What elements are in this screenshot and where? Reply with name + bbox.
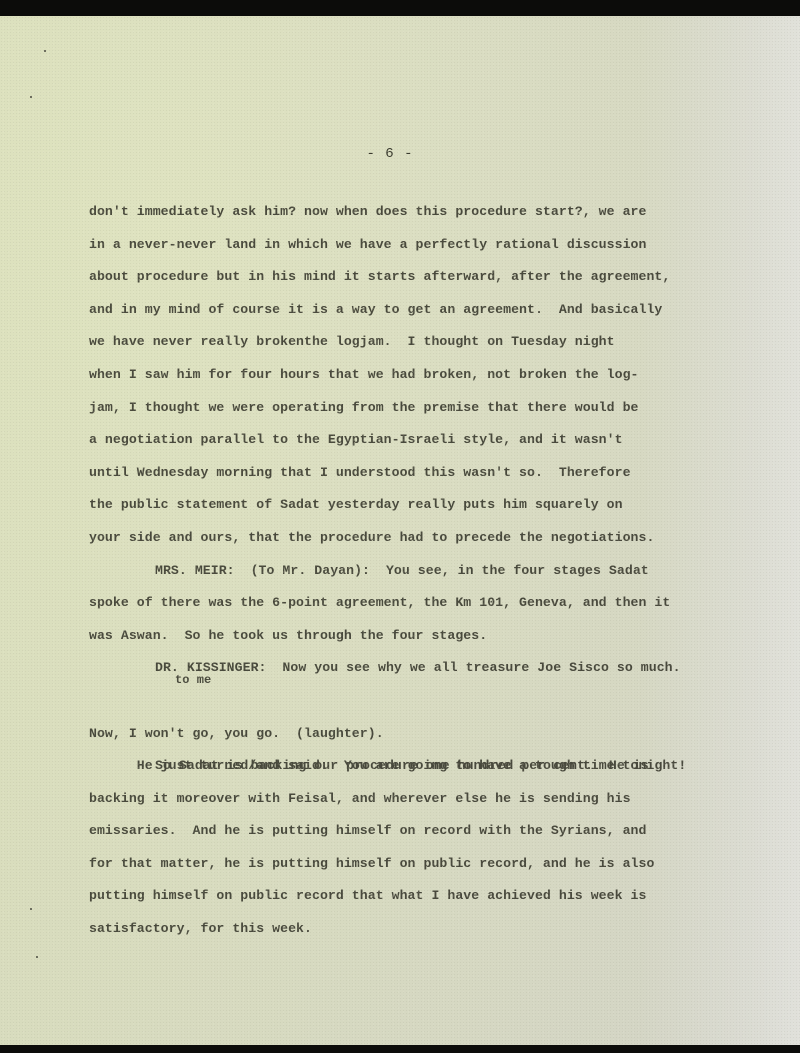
text-line: when I saw him for four hours that we ha… [89,359,789,392]
text-line: your side and ours, that the procedure h… [89,522,789,555]
page-number: - 6 - [0,146,780,162]
text-line: until Wednesday morning that I understoo… [89,457,789,490]
text-line: in a never-never land in which we have a… [89,229,789,262]
text-line: emissaries. And he is putting himself on… [89,815,789,848]
text-line: spoke of there was the 6-point agreement… [89,587,789,620]
text-line-with-insert: to me He just turned/and said: You are g… [89,685,789,718]
text-line: for that matter, he is putting himself o… [89,848,789,881]
text-line: Now, I won't go, you go. (laughter). [89,718,789,751]
transcript-body: don't immediately ask him? now when does… [89,196,789,946]
text-line: was Aswan. So he took us through the fou… [89,620,789,653]
text-line: backing it moreover with Feisal, and whe… [89,783,789,816]
text-line: and in my mind of course it is a way to … [89,294,789,327]
text-line: satisfactory, for this week. [89,913,789,946]
margin-speck [44,50,46,52]
text-line: the public statement of Sadat yesterday … [89,489,789,522]
text-line: we have never really brokenthe logjam. I… [89,326,789,359]
text-line: don't immediately ask him? now when does… [89,196,789,229]
text-line: putting himself on public record that wh… [89,880,789,913]
margin-speck [30,908,32,910]
interlinear-insert: to me [175,674,211,686]
margin-speck [30,96,32,98]
text-line: about procedure but in his mind it start… [89,261,789,294]
margin-speck [36,956,38,958]
text-line: a negotiation parallel to the Egyptian-I… [89,424,789,457]
paragraph-start: So Sadat is backing our procedure one hu… [89,750,789,783]
document-page: - 6 - don't immediately ask him? now whe… [0,16,800,1045]
speaker-line-meir: MRS. MEIR: (To Mr. Dayan): You see, in t… [89,555,789,588]
text-line: jam, I thought we were operating from th… [89,392,789,425]
